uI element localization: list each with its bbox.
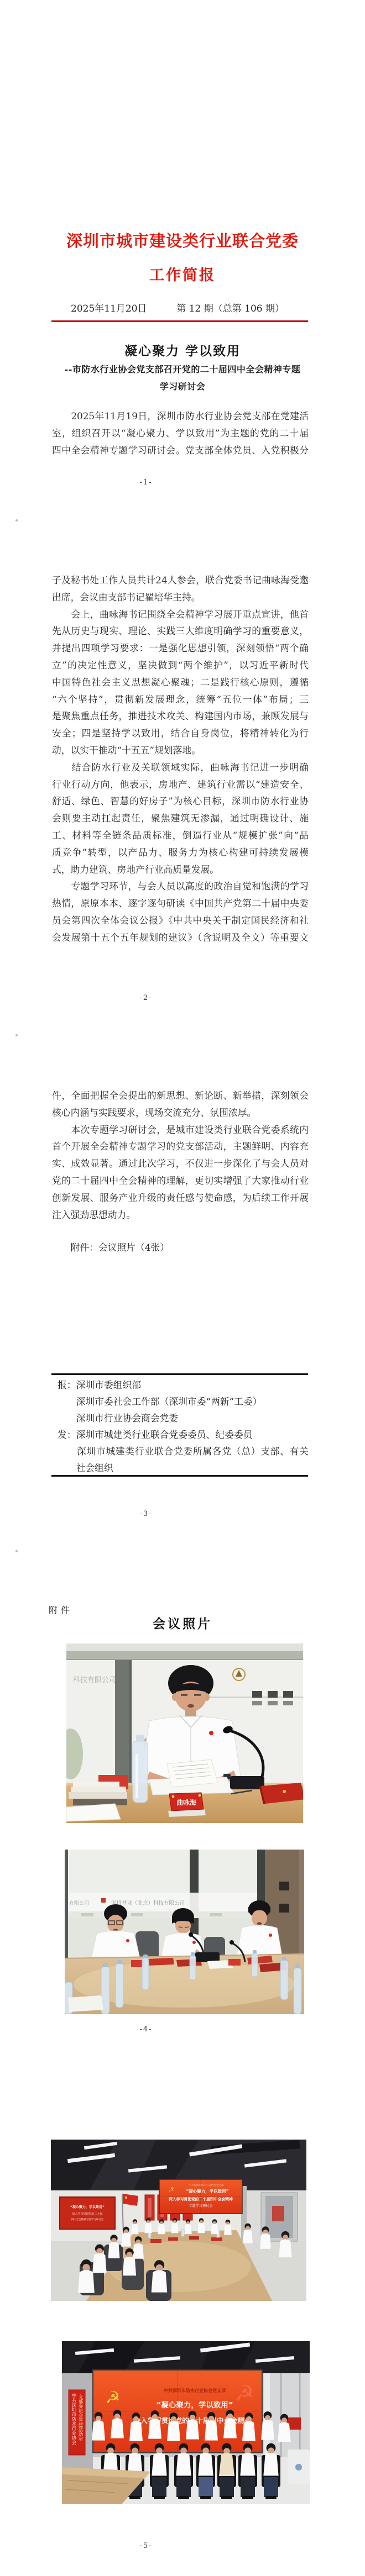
- bulletin-document: 深圳市城市建设类行业联合党委 工作简报 2025年11月20日 第 12 期（总…: [0, 0, 365, 2576]
- scan-artifact: [15, 1550, 18, 1552]
- body-line: 安全；四是坚持学以致用，结合自身岗位，将精神转化为行: [52, 725, 309, 742]
- body-line: 子及秘书处工作人员共计24人参会，联合党委书记曲咏海受邀: [52, 572, 309, 589]
- glass-company-text-left: 有限公司: [69, 1900, 89, 1906]
- body-line: 中国特色社会主义思想凝心聚魂；二是践行核心原则，遵循: [52, 674, 309, 691]
- body-line: 结合防水行业及关联领域实际，曲咏海书记进一步明确: [52, 759, 309, 776]
- body-line: 创新发展、服务产业升级的责任感与使命感，为后续工作开展: [52, 1189, 309, 1207]
- body-line: 室，组织召开以“凝心聚力、学以致用”为主题的党的二十届: [52, 425, 309, 442]
- glass-company-text: 科技有限公司: [73, 1676, 116, 1684]
- svg-text:深入学习贯彻党的二十届: 深入学习贯彻党的二十届: [72, 2212, 102, 2216]
- svg-text:四中全会精神专题学习研讨会: 四中全会精神专题学习研讨会: [71, 2217, 104, 2221]
- body-line: 核心内涵与实践要求，现场交流充分、氛围浓厚。: [52, 1104, 309, 1121]
- body-page-3: 件，全面把握全会提出的新思想、新论断、新举措，深刻领会核心内涵与实践要求，现场交…: [52, 1087, 309, 1223]
- issue-date: 2025年11月20日: [71, 301, 147, 314]
- page-number-2: -2-: [63, 994, 229, 1002]
- paper-in-hands: [167, 1760, 218, 1787]
- body-line: 2025年11月19日，深圳市防水行业协会党支部在党建活动: [52, 408, 309, 425]
- body-line: 专题学习环节，与会人员以高度的政治自觉和饱满的学习: [52, 878, 309, 895]
- glass-company-text: 国投基业（北京）科技有限公司: [111, 1900, 185, 1906]
- svg-text:☭: ☭: [234, 2381, 254, 2406]
- body-line: 注入强劲思想动力。: [52, 1207, 309, 1224]
- svg-text:“凝心聚力，学以致用”: “凝心聚力，学以致用”: [186, 2188, 228, 2194]
- attachment-note: 附件：会议照片（4张）: [52, 1239, 309, 1256]
- body-line: 首个开展全会精神专题学习的党支部活动，主题鲜明、内容充: [52, 1138, 309, 1155]
- body-line: 行业行动方向，他表示，房地产、建筑行业需以“建造安全、: [52, 776, 309, 793]
- side-screen: “凝心聚力，学以致用” 深入学习贯彻党的二十届 四中全会精神专题学习研讨会: [60, 2197, 115, 2229]
- name-placard: [228, 1959, 241, 1966]
- party-emblem-icon: ☭: [106, 2388, 121, 2408]
- org-title: 深圳市城市建设类行业联合党委: [0, 229, 365, 251]
- scan-artifact: [15, 1034, 18, 1036]
- body-page-1: 2025年11月19日，深圳市防水行业协会党支部在党建活动室，组织召开以“凝心聚…: [52, 408, 309, 459]
- party-pin-icon: [192, 1941, 196, 1944]
- page-number-1: -1-: [63, 478, 229, 487]
- article-subtitle-line1: --市防水行业协会党支部召开党的二十届四中全会精神专题: [0, 362, 365, 375]
- distribution-line: 深圳市城建类行业联合党委所属各党（总）支部、有关: [58, 1443, 309, 1460]
- meeting-photo-3: “凝心聚力，学以致用” 深入学习贯彻党的二十届 四中全会精神专题学习研讨会 ☭ …: [51, 2140, 306, 2301]
- party-pin-icon: [209, 1731, 213, 1735]
- body-line: 式，助力建筑、房地产行业高质量发展。: [52, 861, 309, 878]
- party-pin-icon: [269, 1934, 272, 1937]
- appendix-title: 会议照片: [0, 1614, 365, 1632]
- page-number-4: -4-: [63, 2025, 229, 2034]
- body-line: 会上，曲咏海书记围绕全会精神学习展开重点宣讲，他首: [52, 606, 309, 623]
- water-bottle: [133, 1735, 148, 1803]
- body-line: 会则要主动扛起责任，聚焦建筑无渗漏，通过明确设计、施: [52, 810, 309, 827]
- svg-text:“凝心聚力，学以致用”: “凝心聚力，学以致用”: [156, 2400, 233, 2410]
- svg-text:支部委员会党建活动室: 支部委员会党建活动室: [77, 2394, 83, 2441]
- party-emblem-icon: ☭: [169, 2186, 174, 2193]
- body-page-2: 子及秘书处工作人员共计24人参会，联合党委书记曲咏海受邀出席，会议由支部书记瞿培…: [52, 572, 309, 946]
- recorder-device: [230, 1776, 264, 1789]
- svg-text:“凝心聚力，学以致用”: “凝心聚力，学以致用”: [70, 2205, 105, 2210]
- distribution-list: 报：深圳市委组织部 深圳市委社会工作部（深圳市委“两新”工委） 深圳市行业协会商…: [58, 1377, 309, 1476]
- meeting-photo-2: 有限公司 国投基业（北京）科技有限公司: [65, 1850, 304, 2014]
- svg-text:中共深圳市防水行业协会: 中共深圳市防水行业协会: [71, 2393, 76, 2445]
- svg-text:中共深圳市防水行业协会党支部: 中共深圳市防水行业协会党支部: [164, 2388, 226, 2393]
- name-plate: 曲咏海: [168, 1793, 206, 1817]
- body-line: 热情，原原本本、逐字逐句研读《中国共产党第二十届中央委: [52, 895, 309, 912]
- body-line: 员会第四次全体会议公报》《中共中央关于制定国民经济和社: [52, 912, 309, 929]
- body-line: 动，以实干推动“十五五”规划落地。: [52, 742, 309, 759]
- paper: [68, 1995, 103, 2012]
- body-line: 质竞争”转型，以产品力、服务力为核心构建可持续发展模: [52, 844, 309, 861]
- distribution-line: 报：深圳市委组织部: [58, 1377, 309, 1393]
- body-line: 党的二十届四中全会精神的理解，更切实增强了大家推动行业: [52, 1172, 309, 1189]
- window-top: [66, 1643, 303, 1651]
- page-number-5: -5-: [63, 2542, 229, 2550]
- body-line: 本次专题学习研讨会，是城市建设类行业联合党委系统内: [52, 1121, 309, 1139]
- name-plate-text: 曲咏海: [176, 1798, 197, 1806]
- distribution-line: 社会组织: [58, 1460, 309, 1476]
- article-subtitle-line2: 学习研讨会: [0, 380, 365, 392]
- bulletin-title: 工作简报: [0, 263, 365, 285]
- body-line: “六个坚持”，贯彻新发展理念，统筹“五位一体”布局；三: [52, 691, 309, 708]
- scan-artifact: [15, 519, 18, 521]
- svg-text:中共深圳市防水行业协会党支部: 中共深圳市防水行业协会党支部: [189, 2183, 224, 2187]
- masthead-dateline: 2025年11月20日 第 12 期（总第 106 期）: [71, 301, 284, 314]
- distribution-rule-top: [51, 1373, 308, 1375]
- body-line: 立”的决定性意义，坚决做到“两个维护”，以习近平新时代: [52, 657, 309, 674]
- body-line: 会发展第十五个五年规划的建议》（含说明及全文）等重要文: [52, 929, 309, 946]
- dark-ceiling: [62, 2341, 310, 2373]
- body-line: 并提出四项学习要求：一是强化思想引领，深刻领悟“两个确: [52, 640, 309, 657]
- distribution-rule-bottom: [51, 1475, 308, 1477]
- body-line: 是聚焦重点任务，推进技术攻关、构建国内市场，兼顾发展与: [52, 708, 309, 725]
- red-folder: [148, 1958, 174, 1966]
- issue-number: 第 12 期（总第 106 期）: [176, 301, 284, 314]
- distribution-line: 深圳市行业协会商会党委: [58, 1410, 309, 1426]
- meeting-photo-1: 科技有限公司: [66, 1643, 303, 1823]
- body-line: 舒适、绿色、智慧的好房子”为核心目标，深圳市防水行业协: [52, 793, 309, 810]
- led-screen: ☭ 中共深圳市防水行业协会党支部 “凝心聚力，学以致用” 深入学习贯彻党的二十届…: [159, 2179, 242, 2214]
- masthead-red-rule: [51, 320, 308, 322]
- svg-text:深入学习贯彻党的二十届四中全会精神: 深入学习贯彻党的二十届四中全会精神: [169, 2196, 233, 2201]
- article-title: 凝心聚力 学以致用: [0, 341, 365, 359]
- body-line: 四中全会精神专题学习研讨会。党支部全体党员、入党积极分: [52, 442, 309, 459]
- page-number-3: -3-: [63, 1510, 229, 1518]
- body-line: 出席，会议由支部书记瞿培华主持。: [52, 589, 309, 606]
- distribution-line: 发：深圳市城建类行业联合党委委员、纪委委员: [58, 1426, 309, 1443]
- body-line: 实、成效显著。通过此次学习，不仅进一步深化了与会人员对: [52, 1155, 309, 1172]
- body-line: 件，全面把握全会提出的新思想、新论断、新举措，深刻领会: [52, 1087, 309, 1104]
- body-line: 先从历史与现实、理论、实践三大维度明确学习的重要意义，: [52, 623, 309, 640]
- group-photo: ☭ ☭ 中共深圳市防水行业协会党支部 “凝心聚力，学以致用” 深入学习贯彻党的二…: [62, 2341, 310, 2504]
- body-line: 工、材料等全链条品质标准，倒逼行业从“规模扩张”向“品: [52, 827, 309, 844]
- svg-text:专题学习研讨会: 专题学习研讨会: [189, 2204, 212, 2208]
- distribution-line: 深圳市委社会工作部（深圳市委“两新”工委）: [58, 1393, 309, 1410]
- book-stack: [69, 1782, 127, 1805]
- red-banner: 中共深圳市防水行业协会 支部委员会党建活动室: [69, 2390, 85, 2455]
- loose-papers: [66, 1804, 121, 1821]
- party-pin-icon: [126, 1939, 129, 1942]
- wall-pillar: [115, 1660, 132, 1787]
